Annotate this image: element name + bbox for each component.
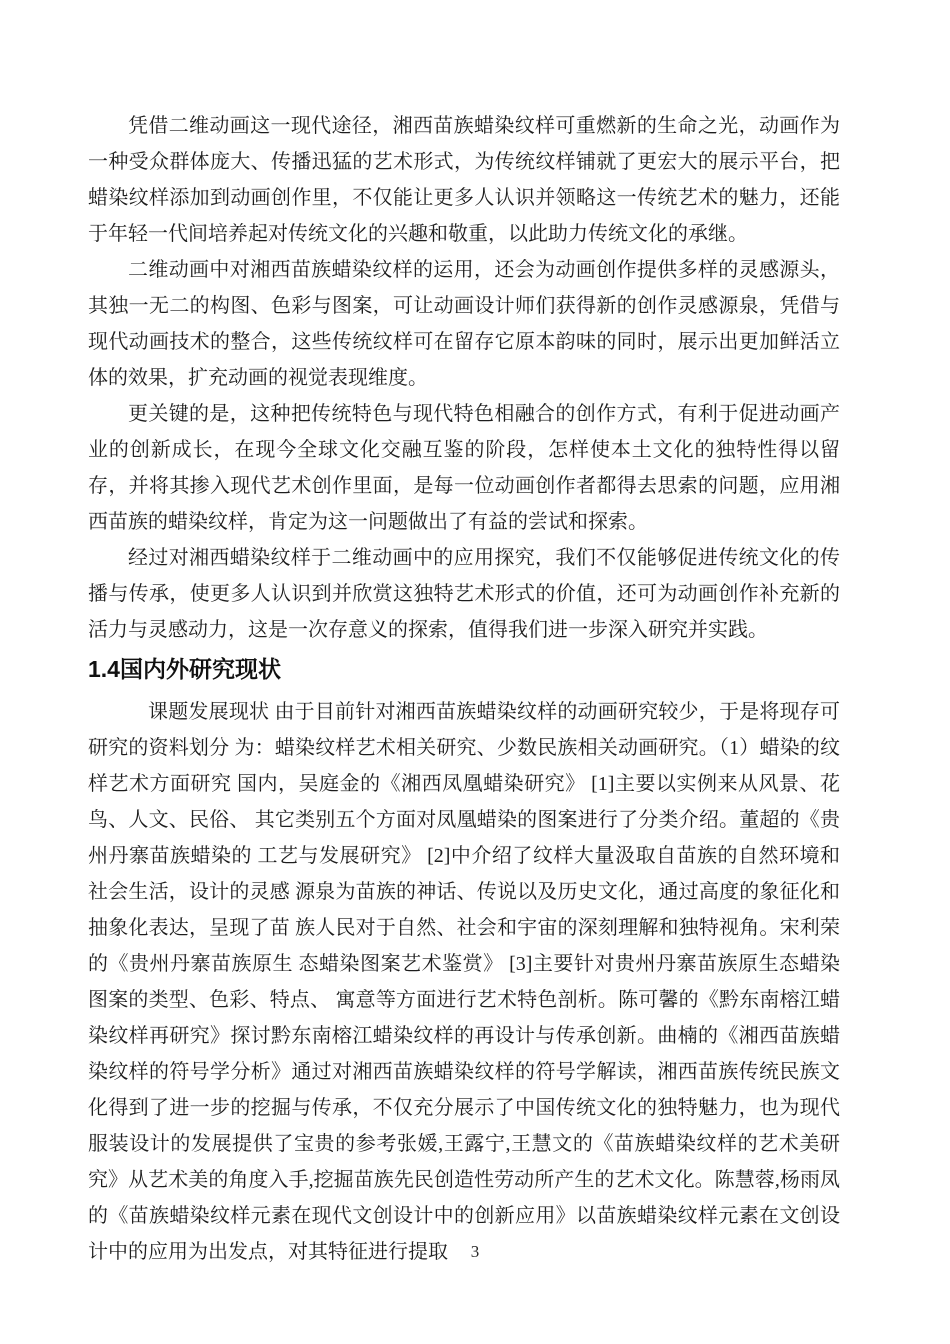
paragraph-literature-review: 课题发展现状 由于目前针对湘西苗族蜡染纹样的动画研究较少，于是将现存可研究的资料… [88, 694, 840, 1270]
document-page: 凭借二维动画这一现代途径，湘西苗族蜡染纹样可重燃新的生命之光，动画作为一种受众群… [0, 0, 950, 1344]
page-number: 3 [471, 1242, 480, 1261]
paragraph-animation-pathway: 凭借二维动画这一现代途径，湘西苗族蜡染纹样可重燃新的生命之光，动画作为一种受众群… [88, 108, 840, 252]
section-heading-1-4-research-status: 1.4国内外研究现状 [88, 652, 840, 686]
paragraph-application-summary: 经过对湘西蜡染纹样于二维动画中的应用探究，我们不仅能够促进传统文化的传播与传承，… [88, 540, 840, 648]
paragraph-tradition-modern-fusion: 更关键的是，这种把传统特色与现代特色相融合的创作方式，有利于促进动画产业的创新成… [88, 396, 840, 540]
document-body: 凭借二维动画这一现代途径，湘西苗族蜡染纹样可重燃新的生命之光，动画作为一种受众群… [88, 108, 840, 1270]
paragraph-inspiration-sources: 二维动画中对湘西苗族蜡染纹样的运用，还会为动画创作提供多样的灵感源头，其独一无二… [88, 252, 840, 396]
page-footer: 3 [0, 1242, 950, 1262]
